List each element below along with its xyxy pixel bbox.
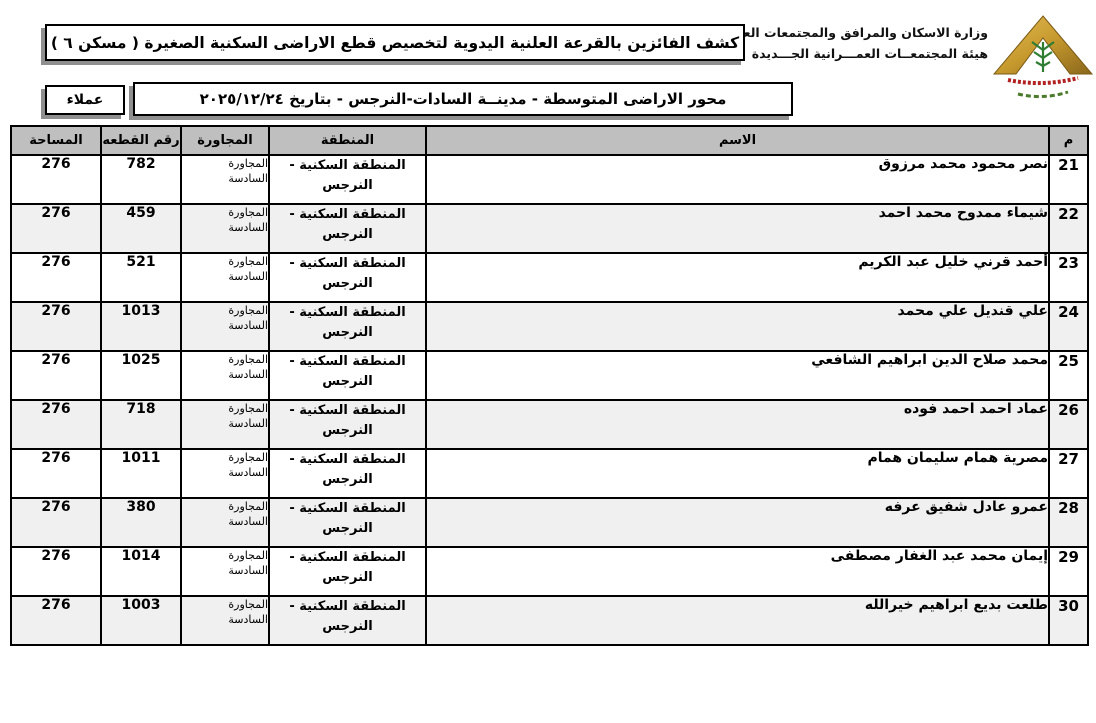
zone-cell: المنطقة السكنية - النرجس [269, 498, 426, 547]
nuca-logo-icon [992, 12, 1094, 104]
row-number-cell: 25 [1049, 351, 1088, 400]
district-cell: المجاورة السادسة [181, 253, 269, 302]
winner-name-cell: عمرو عادل شفيق عرفه [426, 498, 1049, 547]
row-number-cell: 27 [1049, 449, 1088, 498]
district-cell: المجاورة السادسة [181, 449, 269, 498]
district-cell: المجاورة السادسة [181, 596, 269, 645]
plot-number-cell: 1025 [101, 351, 181, 400]
plot-number-cell: 1003 [101, 596, 181, 645]
district-line2: السادسة [182, 171, 268, 186]
area-cell: 276 [11, 400, 101, 449]
zone-line2: النرجس [270, 323, 425, 343]
district-cell: المجاورة السادسة [181, 302, 269, 351]
winner-name-cell: طلعت بديع ابراهيم خيرالله [426, 596, 1049, 645]
zone-line1: المنطقة السكنية - [270, 597, 425, 617]
area-cell: 276 [11, 547, 101, 596]
table-row: 30 طلعت بديع ابراهيم خيرالله المنطقة الس… [11, 596, 1088, 645]
district-cell: المجاورة السادسة [181, 547, 269, 596]
zone-line1: المنطقة السكنية - [270, 401, 425, 421]
document-subtitle: محور الاراضى المتوسطة - مدينــة السادات-… [133, 82, 793, 116]
area-cell: 276 [11, 155, 101, 204]
row-number-cell: 23 [1049, 253, 1088, 302]
district-line2: السادسة [182, 416, 268, 431]
table-header: م الاسم المنطقة المجاورة رقم القطعه المس… [11, 126, 1088, 155]
plot-number-cell: 1013 [101, 302, 181, 351]
district-line1: المجاورة [182, 548, 268, 563]
district-cell: المجاورة السادسة [181, 400, 269, 449]
zone-cell: المنطقة السكنية - النرجس [269, 351, 426, 400]
zone-line1: المنطقة السكنية - [270, 156, 425, 176]
winner-name-cell: نصر محمود محمد مرزوق [426, 155, 1049, 204]
table-row: 24 علي قنديل علي محمد المنطقة السكنية - … [11, 302, 1088, 351]
row-number-cell: 30 [1049, 596, 1088, 645]
district-line1: المجاورة [182, 254, 268, 269]
area-cell: 276 [11, 253, 101, 302]
table-row: 28 عمرو عادل شفيق عرفه المنطقة السكنية -… [11, 498, 1088, 547]
zone-cell: المنطقة السكنية - النرجس [269, 547, 426, 596]
winner-name-cell: مصرية همام سليمان همام [426, 449, 1049, 498]
zone-line2: النرجس [270, 519, 425, 539]
table-row: 23 أحمد قرني خليل عبد الكريم المنطقة الس… [11, 253, 1088, 302]
winner-name-cell: علي قنديل علي محمد [426, 302, 1049, 351]
ministry-line2: هيئة المجتمعــات العمـــرانية الجـــديدة [706, 43, 988, 64]
table-row: 22 شيماء ممدوح محمد احمد المنطقة السكنية… [11, 204, 1088, 253]
table-body: 21 نصر محمود محمد مرزوق المنطقة السكنية … [11, 155, 1088, 645]
table-row: 21 نصر محمود محمد مرزوق المنطقة السكنية … [11, 155, 1088, 204]
district-cell: المجاورة السادسة [181, 351, 269, 400]
zone-line2: النرجس [270, 274, 425, 294]
district-line1: المجاورة [182, 205, 268, 220]
winner-name-cell: أحمد قرني خليل عبد الكريم [426, 253, 1049, 302]
district-line2: السادسة [182, 269, 268, 284]
winner-name-cell: محمد صلاح الدين ابراهيم الشافعي [426, 351, 1049, 400]
area-cell: 276 [11, 351, 101, 400]
district-line1: المجاورة [182, 352, 268, 367]
area-cell: 276 [11, 596, 101, 645]
document-subtitle-text: محور الاراضى المتوسطة - مدينــة السادات-… [200, 90, 727, 108]
document-page: وزارة الاسكان والمرافق والمجتمعات العمرا… [0, 0, 1096, 723]
zone-line2: النرجس [270, 372, 425, 392]
plot-number-cell: 782 [101, 155, 181, 204]
column-header-district: المجاورة [181, 126, 269, 155]
document-title-text: كشف الفائزين بالقرعة العلنية اليدوية لتخ… [51, 34, 739, 52]
winner-name-cell: إيمان محمد عبد الغفار مصطفى [426, 547, 1049, 596]
district-cell: المجاورة السادسة [181, 204, 269, 253]
zone-line1: المنطقة السكنية - [270, 254, 425, 274]
zone-line2: النرجس [270, 225, 425, 245]
zone-line1: المنطقة السكنية - [270, 450, 425, 470]
table-header-row: م الاسم المنطقة المجاورة رقم القطعه المس… [11, 126, 1088, 155]
district-line1: المجاورة [182, 156, 268, 171]
plot-number-cell: 1011 [101, 449, 181, 498]
zone-cell: المنطقة السكنية - النرجس [269, 400, 426, 449]
area-cell: 276 [11, 449, 101, 498]
district-line2: السادسة [182, 367, 268, 382]
zone-cell: المنطقة السكنية - النرجس [269, 253, 426, 302]
district-cell: المجاورة السادسة [181, 155, 269, 204]
district-line2: السادسة [182, 514, 268, 529]
zone-line2: النرجس [270, 470, 425, 490]
zone-line1: المنطقة السكنية - [270, 303, 425, 323]
row-number-cell: 29 [1049, 547, 1088, 596]
district-line1: المجاورة [182, 597, 268, 612]
winners-table: م الاسم المنطقة المجاورة رقم القطعه المس… [10, 125, 1089, 646]
zone-cell: المنطقة السكنية - النرجس [269, 596, 426, 645]
table-row: 27 مصرية همام سليمان همام المنطقة السكني… [11, 449, 1088, 498]
zone-line1: المنطقة السكنية - [270, 499, 425, 519]
column-header-area: المساحة [11, 126, 101, 155]
zone-cell: المنطقة السكنية - النرجس [269, 204, 426, 253]
zone-line1: المنطقة السكنية - [270, 352, 425, 372]
plot-number-cell: 718 [101, 400, 181, 449]
ministry-header: وزارة الاسكان والمرافق والمجتمعات العمرا… [706, 22, 988, 64]
column-header-name: الاسم [426, 126, 1049, 155]
row-number-cell: 22 [1049, 204, 1088, 253]
district-line1: المجاورة [182, 303, 268, 318]
row-number-cell: 24 [1049, 302, 1088, 351]
plot-number-cell: 459 [101, 204, 181, 253]
area-cell: 276 [11, 302, 101, 351]
district-line1: المجاورة [182, 499, 268, 514]
zone-cell: المنطقة السكنية - النرجس [269, 302, 426, 351]
district-line2: السادسة [182, 465, 268, 480]
zone-line1: المنطقة السكنية - [270, 548, 425, 568]
column-header-zone: المنطقة [269, 126, 426, 155]
ministry-line1: وزارة الاسكان والمرافق والمجتمعات العمرا… [706, 22, 988, 43]
winner-name-cell: شيماء ممدوح محمد احمد [426, 204, 1049, 253]
winner-name-cell: عماد احمد احمد فوده [426, 400, 1049, 449]
zone-line2: النرجس [270, 176, 425, 196]
document-title: كشف الفائزين بالقرعة العلنية اليدوية لتخ… [45, 24, 745, 61]
zone-cell: المنطقة السكنية - النرجس [269, 155, 426, 204]
district-line2: السادسة [182, 612, 268, 627]
zone-line1: المنطقة السكنية - [270, 205, 425, 225]
row-number-cell: 28 [1049, 498, 1088, 547]
zone-cell: المنطقة السكنية - النرجس [269, 449, 426, 498]
district-line1: المجاورة [182, 401, 268, 416]
table-row: 25 محمد صلاح الدين ابراهيم الشافعي المنط… [11, 351, 1088, 400]
plot-number-cell: 380 [101, 498, 181, 547]
zone-line2: النرجس [270, 421, 425, 441]
district-line1: المجاورة [182, 450, 268, 465]
district-line2: السادسة [182, 563, 268, 578]
table-row: 29 إيمان محمد عبد الغفار مصطفى المنطقة ا… [11, 547, 1088, 596]
zone-line2: النرجس [270, 568, 425, 588]
row-number-cell: 21 [1049, 155, 1088, 204]
district-line2: السادسة [182, 220, 268, 235]
zone-line2: النرجس [270, 617, 425, 637]
clients-label-box: عملاء [45, 85, 125, 115]
row-number-cell: 26 [1049, 400, 1088, 449]
district-line2: السادسة [182, 318, 268, 333]
area-cell: 276 [11, 498, 101, 547]
area-cell: 276 [11, 204, 101, 253]
plot-number-cell: 1014 [101, 547, 181, 596]
table-row: 26 عماد احمد احمد فوده المنطقة السكنية -… [11, 400, 1088, 449]
clients-label-text: عملاء [67, 92, 104, 108]
column-header-plot: رقم القطعه [101, 126, 181, 155]
plot-number-cell: 521 [101, 253, 181, 302]
district-cell: المجاورة السادسة [181, 498, 269, 547]
column-header-serial: م [1049, 126, 1088, 155]
